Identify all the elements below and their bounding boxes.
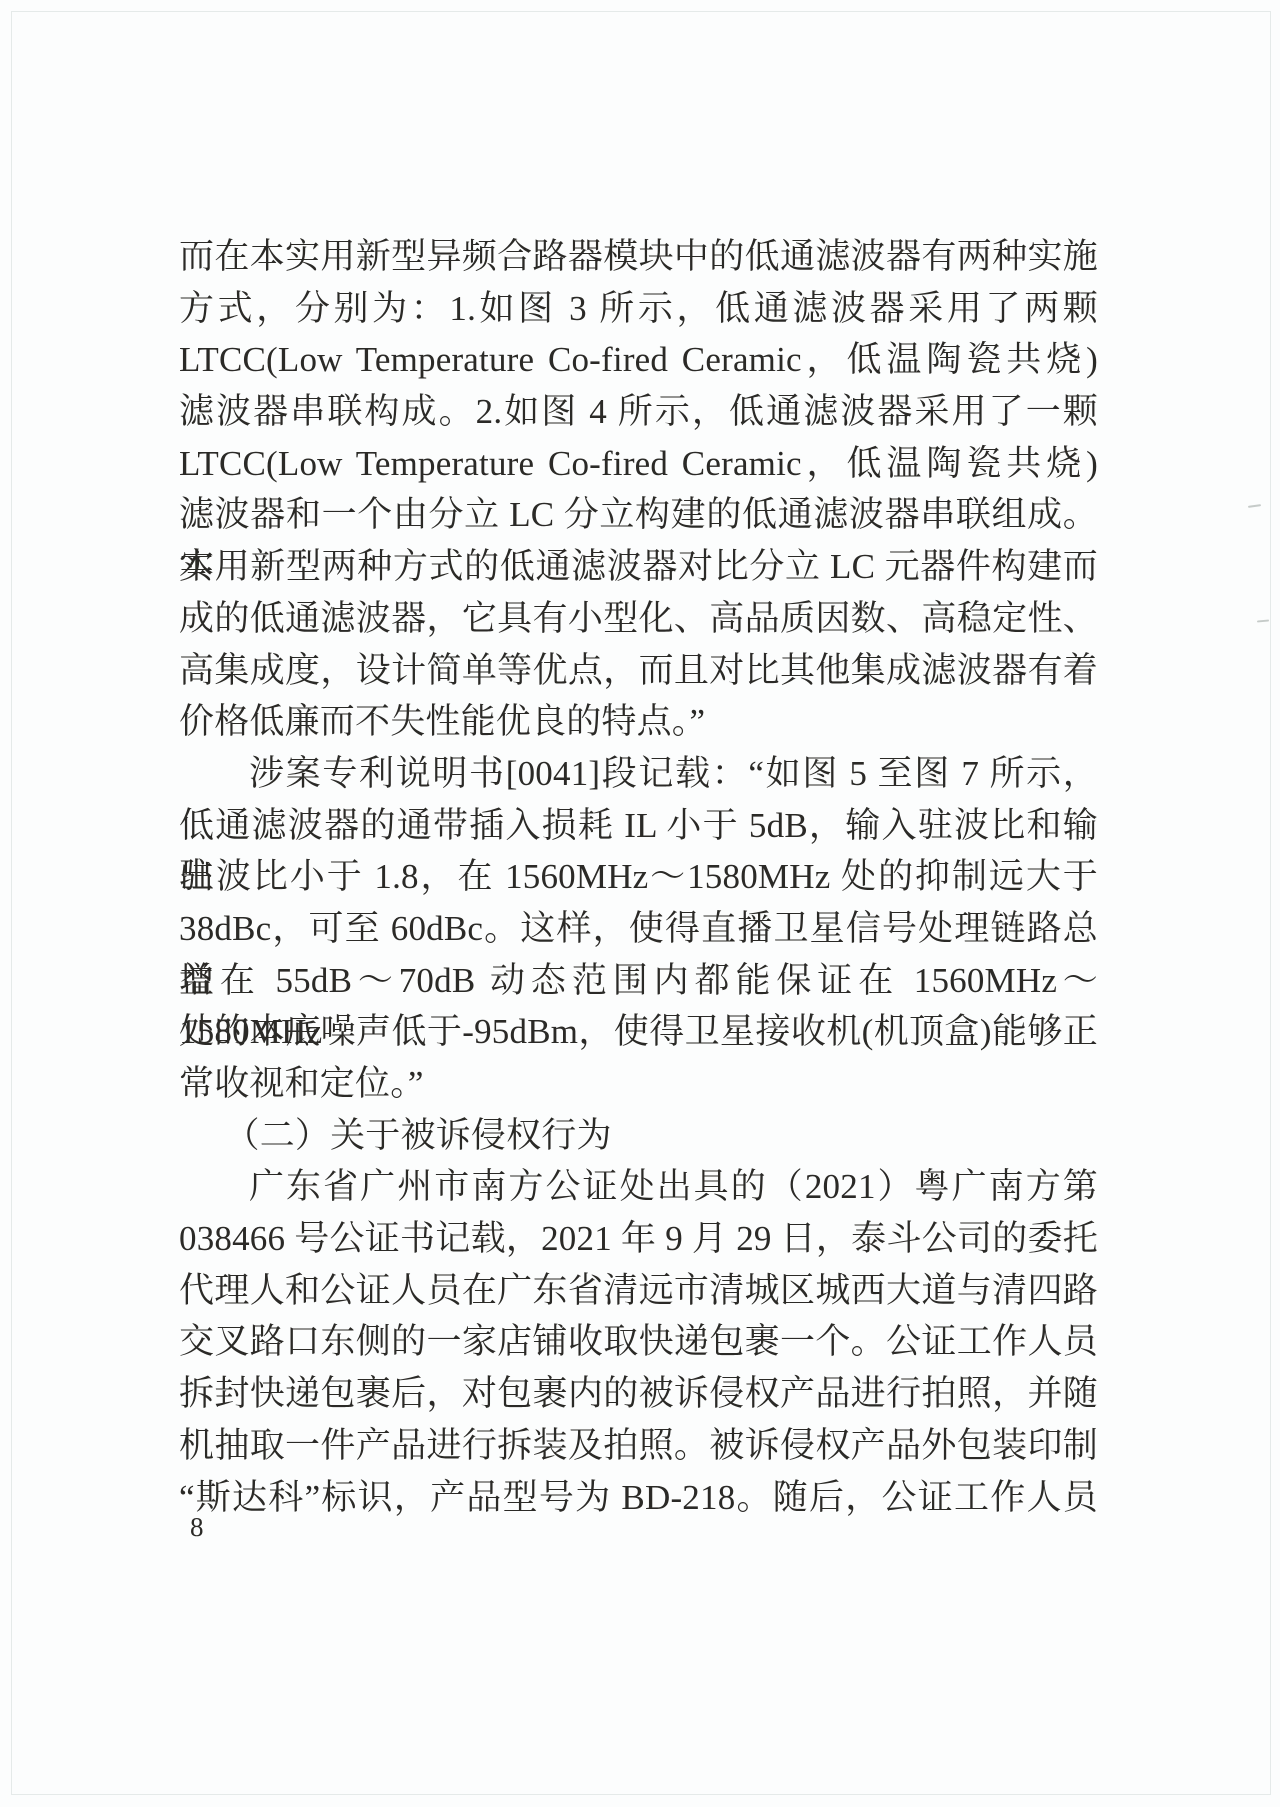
text-line: “斯达科”标识，产品型号为 BD-218。随后，公证工作人员	[179, 1472, 1098, 1524]
text-line: 成的低通滤波器，它具有小型化、高品质因数、高稳定性、	[179, 593, 1098, 645]
scanned-document-page: 而在本实用新型异频合路器模块中的低通滤波器有两种实施方式，分别为：1.如图 3 …	[0, 0, 1280, 1807]
text-line: 驻波比小于 1.8，在 1560MHz～1580MHz 处的抑制远大于	[179, 851, 1098, 903]
scan-artifact-dash	[1257, 619, 1269, 622]
text-line: 038466 号公证书记载，2021 年 9 月 29 日，泰斗公司的委托	[179, 1213, 1098, 1265]
text-line: （二）关于被诉侵权行为	[179, 1110, 1098, 1162]
text-line: 拆封快递包裹后，对包裹内的被诉侵权产品进行拍照，并随	[179, 1368, 1098, 1420]
text-line: 低通滤波器的通带插入损耗 IL 小于 5dB，输入驻波比和输出	[179, 800, 1098, 852]
text-line: 处的本底噪声低于-95dBm，使得卫星接收机(机顶盒)能够正	[179, 1006, 1098, 1058]
text-line: 实用新型两种方式的低通滤波器对比分立 LC 元器件构建而	[179, 541, 1098, 593]
page-number: 8	[190, 1510, 204, 1544]
text-line: 方式，分别为：1.如图 3 所示，低通滤波器采用了两颗	[179, 283, 1098, 335]
text-line: 滤波器串联构成。2.如图 4 所示，低通滤波器采用了一颗	[179, 386, 1098, 438]
text-line: LTCC(Low Temperature Co-fired Ceramic，低温…	[179, 334, 1098, 386]
text-line: LTCC(Low Temperature Co-fired Ceramic，低温…	[179, 438, 1098, 490]
text-line: 滤波器和一个由分立 LC 分立构建的低通滤波器串联组成。本	[179, 489, 1098, 541]
text-line: 涉案专利说明书[0041]段记载：“如图 5 至图 7 所示，	[179, 748, 1098, 800]
scan-artifact-dash	[1248, 504, 1261, 508]
text-line: 广东省广州市南方公证处出具的（2021）粤广南方第	[179, 1161, 1098, 1213]
text-line: 益在 55dB～70dB 动态范围内都能保证在 1560MHz～1580MHz	[179, 955, 1098, 1007]
text-line: 38dBc，可至 60dBc。这样，使得直播卫星信号处理链路总增	[179, 903, 1098, 955]
text-line: 机抽取一件产品进行拆装及拍照。被诉侵权产品外包装印制	[179, 1420, 1098, 1472]
document-body: 而在本实用新型异频合路器模块中的低通滤波器有两种实施方式，分别为：1.如图 3 …	[179, 231, 1098, 1523]
text-line: 高集成度，设计简单等优点，而且对比其他集成滤波器有着	[179, 645, 1098, 697]
text-line: 代理人和公证人员在广东省清远市清城区城西大道与清四路	[179, 1265, 1098, 1317]
text-line: 常收视和定位。”	[179, 1058, 1098, 1110]
text-line: 价格低廉而不失性能优良的特点。”	[179, 696, 1098, 748]
text-line: 交叉路口东侧的一家店铺收取快递包裹一个。公证工作人员	[179, 1316, 1098, 1368]
text-line: 而在本实用新型异频合路器模块中的低通滤波器有两种实施	[179, 231, 1098, 283]
